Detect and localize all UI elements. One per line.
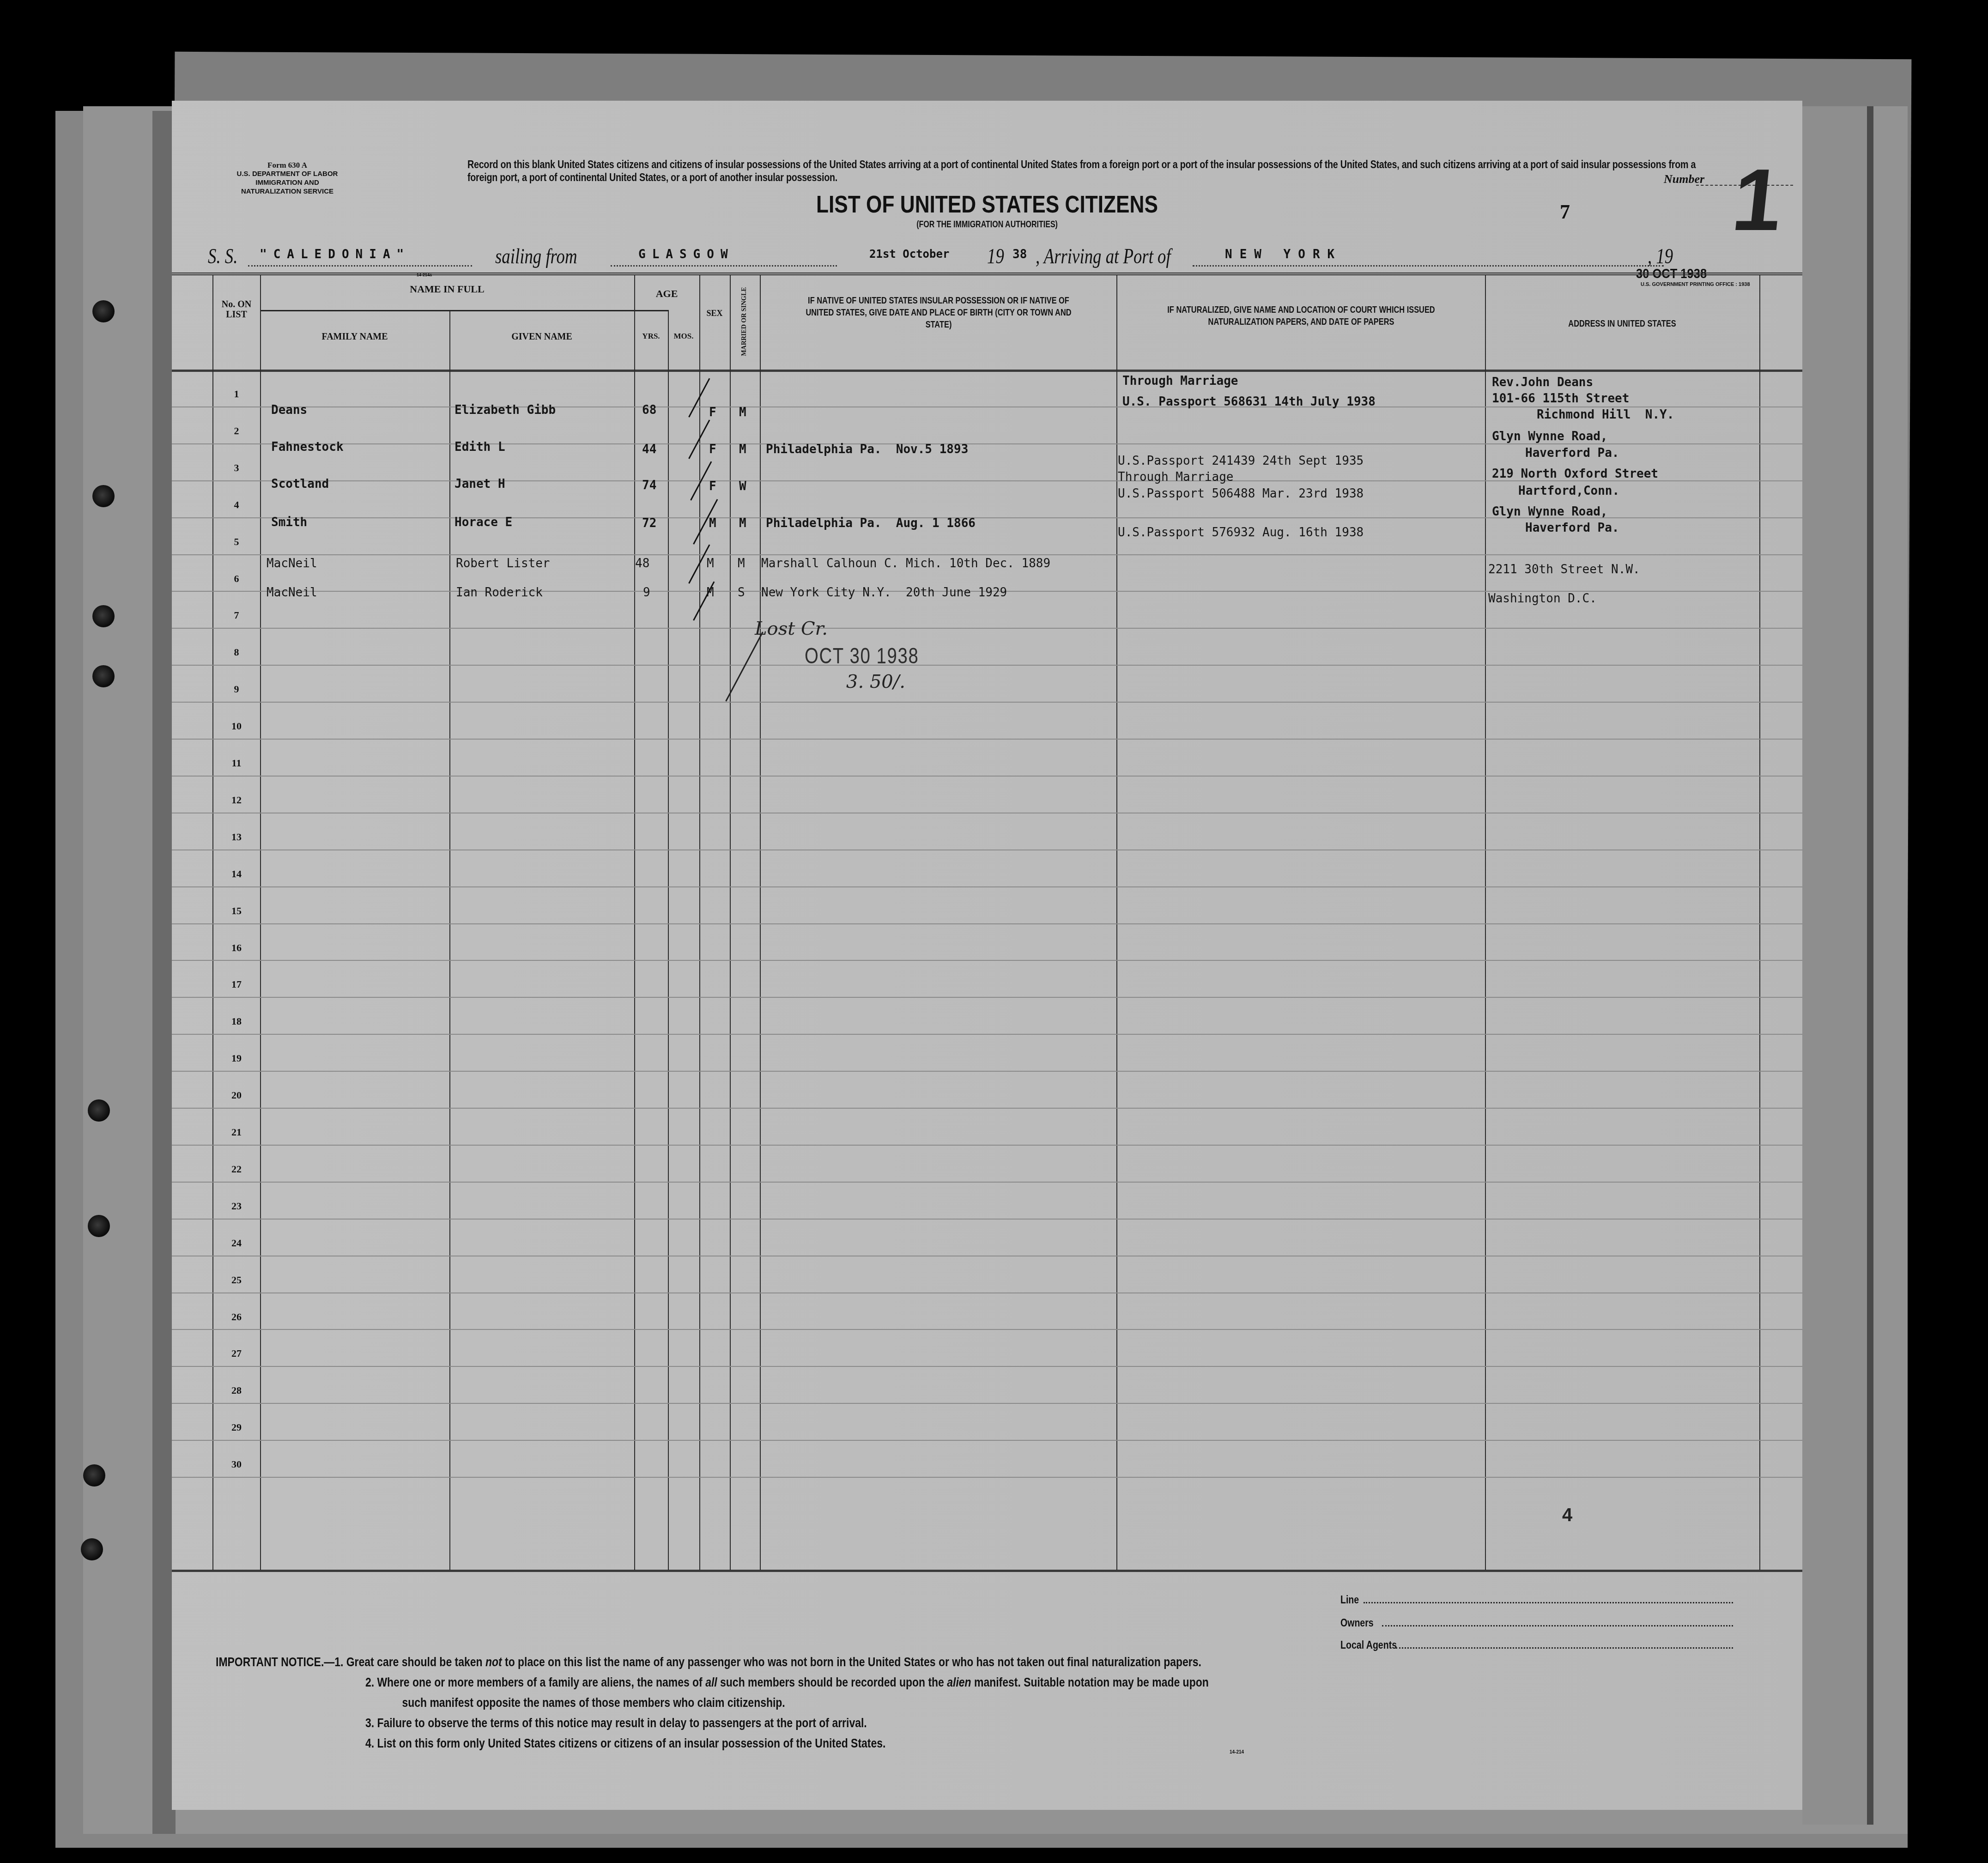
binder-hole xyxy=(88,1099,110,1122)
row4-family: Smith xyxy=(271,516,307,529)
row-number: 6 xyxy=(220,573,253,585)
col-rule xyxy=(260,274,261,1570)
row2-birth: Philadelphia Pa. Nov.5 1893 xyxy=(766,443,968,456)
row5-sex: M xyxy=(707,557,714,570)
row5-marital: M xyxy=(738,557,745,570)
col-rule xyxy=(1485,274,1486,1570)
form-code-bottom: 14-214 xyxy=(1230,1750,1244,1755)
name-age-subrule xyxy=(260,310,669,311)
check-mark xyxy=(693,581,715,620)
notice-item-2-cont: such manifest opposite the names of thos… xyxy=(216,1693,1209,1713)
voyage-line: S. S. "CALEDONIA" sailing from GLASGOW 2… xyxy=(172,244,1802,272)
row-number: 2 xyxy=(220,425,253,437)
owners-field[interactable] xyxy=(1382,1625,1733,1626)
notice-2-emph: all xyxy=(705,1675,717,1689)
row-number: 30 xyxy=(220,1458,253,1470)
row3-naturalized-1: Through Marriage xyxy=(1118,470,1233,484)
table-row-rule xyxy=(172,997,1802,998)
row6-address-1: Washington D.C. xyxy=(1488,592,1597,606)
row-number: 7 xyxy=(220,609,253,621)
row-number: 5 xyxy=(220,536,253,548)
notice-1-emph: not xyxy=(485,1655,502,1669)
row3-naturalized-2: U.S.Passport 506488 Mar. 23rd 1938 xyxy=(1118,487,1364,501)
row-number: 9 xyxy=(220,683,253,695)
row-number: 1 xyxy=(220,388,253,400)
port-from-rule xyxy=(611,265,837,267)
page-mark: 4 xyxy=(1562,1505,1572,1526)
notice-2a: 2. Where one or more members of a family… xyxy=(365,1675,703,1689)
row2-naturalized-1: U.S.Passport 241439 24th Sept 1935 xyxy=(1118,454,1364,468)
row4-sex: M xyxy=(709,516,716,530)
service-line-1: IMMIGRATION AND xyxy=(218,178,357,187)
table-row-rule xyxy=(172,628,1802,629)
handwritten-fee: 3. 50/. xyxy=(846,671,905,692)
row1-marital: M xyxy=(739,406,746,419)
row-number: 26 xyxy=(220,1311,253,1323)
header-married-or-single: MARRIED OR SINGLE xyxy=(741,280,748,363)
row-number: 24 xyxy=(220,1237,253,1249)
row-number: 8 xyxy=(220,646,253,658)
row-number: 27 xyxy=(220,1347,253,1359)
department: U.S. DEPARTMENT OF LABOR xyxy=(218,170,357,178)
table-row-rule xyxy=(172,739,1802,740)
ss-label: S. S. xyxy=(208,244,237,268)
table-bottom-rule xyxy=(172,1570,1802,1572)
table-row-rule xyxy=(172,960,1802,961)
row-number: 16 xyxy=(220,942,253,954)
line-label: Line xyxy=(1340,1594,1359,1606)
col-rule xyxy=(730,274,731,1570)
instructions-text: Record on this blank United States citiz… xyxy=(467,158,1702,184)
row-number: 11 xyxy=(220,757,253,769)
header-sex: SEX xyxy=(699,309,730,318)
row5-address-1: 2211 30th Street N.W. xyxy=(1488,563,1640,576)
row-number: 15 xyxy=(220,905,253,917)
ship-name: "CALEDONIA" xyxy=(260,248,410,261)
binder-hole xyxy=(92,485,115,507)
header-age: AGE xyxy=(634,288,699,300)
table-row-rule xyxy=(172,1219,1802,1220)
row-number: 19 xyxy=(220,1052,253,1064)
col-rule xyxy=(760,274,761,1570)
year-prefix: 19 xyxy=(987,244,1004,268)
row-number: 12 xyxy=(220,794,253,806)
col-rule xyxy=(449,311,450,1570)
row4-birth: Philadelphia Pa. Aug. 1 1866 xyxy=(766,516,976,530)
notice-item-3: 3. Failure to observe the terms of this … xyxy=(216,1713,1209,1733)
row1-yrs: 68 xyxy=(642,403,656,417)
notice-item-1: IMPORTANT NOTICE.—1. Great care should b… xyxy=(216,1652,1209,1672)
row4-address-2: Haverford Pa. xyxy=(1525,521,1619,535)
header-bottom-rule xyxy=(172,370,1802,372)
margin-mark: 7 xyxy=(1560,200,1570,224)
row-number: 10 xyxy=(220,720,253,732)
header-address: ADDRESS IN UNITED STATES xyxy=(1515,318,1729,330)
row6-yrs: 9 xyxy=(643,586,650,600)
col-rule xyxy=(634,274,635,1570)
row2-sex: F xyxy=(709,443,716,456)
table-row-rule xyxy=(172,1034,1802,1035)
row3-address-1: 219 North Oxford Street xyxy=(1492,467,1658,481)
table-row-rule xyxy=(172,776,1802,777)
local-agents-label: Local Agents xyxy=(1340,1639,1397,1651)
header-mos: MOS. xyxy=(668,332,699,341)
row2-given: Edith L xyxy=(455,440,505,454)
row5-family: MacNeil xyxy=(267,557,317,570)
col-rule xyxy=(1116,274,1117,1570)
header-naturalized: IF NATURALIZED, GIVE NAME AND LOCATION O… xyxy=(1159,304,1443,328)
binder-hole xyxy=(83,1464,105,1487)
port-from: GLASGOW xyxy=(638,248,734,261)
notice-2c: manifest. Suitable notation may be made … xyxy=(974,1675,1209,1689)
port-arrival-rule xyxy=(1193,265,1664,267)
table-row-rule xyxy=(172,886,1802,887)
row2-marital: M xyxy=(739,443,746,456)
row-number: 23 xyxy=(220,1200,253,1212)
header-name-in-full: NAME IN FULL xyxy=(260,283,634,295)
notice-heading: IMPORTANT NOTICE.—1. xyxy=(216,1655,343,1669)
row1-address-3: Richmond Hill N.Y. xyxy=(1537,408,1674,422)
table-row-rule xyxy=(172,813,1802,813)
col-rule xyxy=(668,311,669,1570)
table-row-rule xyxy=(172,1256,1802,1256)
table-row-rule xyxy=(172,1145,1802,1146)
col-rule xyxy=(1759,274,1760,1570)
table-row-rule xyxy=(172,1108,1802,1109)
binder-hole xyxy=(81,1538,103,1560)
row-number: 25 xyxy=(220,1274,253,1286)
page-subtitle: (FOR THE IMMIGRATION AUTHORITIES) xyxy=(335,219,1639,230)
row5-yrs: 48 xyxy=(635,557,649,570)
table-row-rule xyxy=(172,850,1802,850)
row-number: 29 xyxy=(220,1421,253,1433)
row2-family: Fahnestock xyxy=(271,440,344,454)
table-row-rule xyxy=(172,407,1802,407)
row6-marital: S xyxy=(738,586,745,600)
table-row-rule xyxy=(172,1440,1802,1441)
row3-sex: F xyxy=(709,479,716,493)
row2-address-1: Glyn Wynne Road, xyxy=(1492,430,1607,443)
table-row-rule xyxy=(172,443,1802,444)
row-number: 17 xyxy=(220,978,253,990)
form-code-top: 14-214a xyxy=(417,273,432,277)
row3-address-2: Hartford,Conn. xyxy=(1518,484,1619,498)
row-number: 13 xyxy=(220,831,253,843)
owners-label: Owners xyxy=(1340,1617,1374,1629)
notice-1b: to place on this list the name of any pa… xyxy=(505,1655,1201,1669)
page-title: LIST OF UNITED STATES CITIZENS xyxy=(294,191,1680,218)
row1-naturalized-1: Through Marriage xyxy=(1122,374,1238,388)
arriving-label: , Arriving at Port of xyxy=(1036,244,1171,268)
row6-family: MacNeil xyxy=(267,586,317,600)
binder-hole xyxy=(88,1215,110,1237)
binder-hole xyxy=(92,665,115,687)
row3-yrs: 74 xyxy=(642,479,656,492)
col-rule xyxy=(699,274,700,1570)
table-row-rule xyxy=(172,1293,1802,1293)
binder-hole xyxy=(92,605,115,627)
row-number: 14 xyxy=(220,868,253,880)
pen-stroke xyxy=(725,631,763,702)
local-agents-field[interactable] xyxy=(1396,1647,1733,1649)
row5-given: Robert Lister xyxy=(456,557,550,570)
col-rule xyxy=(212,274,213,1570)
port-arrival: NEW YORK xyxy=(1225,248,1342,261)
row2-address-2: Haverford Pa. xyxy=(1525,446,1619,460)
row-number: 18 xyxy=(220,1015,253,1027)
table-row-rule xyxy=(172,554,1802,555)
header-no-on-list: No. ON LIST xyxy=(214,299,259,320)
table-row-rule xyxy=(172,1182,1802,1183)
manifest-sheet: Form 630 A U.S. DEPARTMENT OF LABOR IMMI… xyxy=(172,101,1802,1810)
printing-office: U.S. GOVERNMENT PRINTING OFFICE : 1938 xyxy=(1641,282,1750,287)
row1-address-1: Rev.John Deans xyxy=(1492,376,1593,389)
notice-item-4: 4. List on this form only United States … xyxy=(216,1733,1209,1754)
notice-1a: Great care should be taken xyxy=(346,1655,483,1669)
table-row-rule xyxy=(172,1477,1802,1478)
inspection-stamp: OCT 30 1938 xyxy=(805,643,919,669)
sailing-from-label: sailing from xyxy=(495,244,577,268)
number-label: Number xyxy=(1664,172,1704,186)
row1-sex: F xyxy=(709,406,716,419)
table-row-rule xyxy=(172,702,1802,703)
important-notice: IMPORTANT NOTICE.—1. Great care should b… xyxy=(216,1652,1209,1754)
row-number: 22 xyxy=(220,1163,253,1175)
binder-hole xyxy=(92,300,115,322)
table-row-rule xyxy=(172,1403,1802,1404)
header-family-name: FAMILY NAME xyxy=(260,332,449,342)
row3-family: Scotland xyxy=(271,477,329,491)
row4-marital: M xyxy=(739,516,746,530)
year-suffix: 38 xyxy=(1012,248,1027,261)
arrival-year-prefix: , 19 xyxy=(1648,244,1673,268)
page-right-edge xyxy=(1802,106,1873,1825)
header-given-name: GIVEN NAME xyxy=(449,332,634,342)
table-row-rule xyxy=(172,923,1802,924)
row-number: 20 xyxy=(220,1089,253,1101)
table-row-rule xyxy=(172,1366,1802,1367)
row-number: 3 xyxy=(220,462,253,474)
notice-2-alien: alien xyxy=(947,1675,971,1689)
row4-given: Horace E xyxy=(455,516,512,529)
row3-given: Janet H xyxy=(455,477,505,491)
notice-2b: such members should be recorded upon the xyxy=(720,1675,944,1689)
row-number: 28 xyxy=(220,1384,253,1396)
row1-family: Deans xyxy=(271,403,307,417)
row6-birth: New York City N.Y. 20th June 1929 xyxy=(761,586,1007,600)
table-row-rule xyxy=(172,1071,1802,1072)
row-number: 21 xyxy=(220,1126,253,1138)
table-row-rule xyxy=(172,665,1802,666)
header-native: IF NATIVE OF UNITED STATES INSULAR POSSE… xyxy=(798,295,1079,331)
table-row-rule xyxy=(172,1329,1802,1330)
row1-address-2: 101-66 115th Street xyxy=(1492,392,1629,406)
header-yrs: YRS. xyxy=(634,332,668,341)
line-field[interactable] xyxy=(1364,1602,1733,1603)
row4-naturalized-1: U.S.Passport 576932 Aug. 16th 1938 xyxy=(1118,526,1364,540)
row6-given: Ian Roderick xyxy=(456,586,543,600)
handwritten-note: Lost Cr. xyxy=(755,618,828,639)
row5-birth: Marshall Calhoun C. Mich. 10th Dec. 1889 xyxy=(761,557,1050,570)
row-number: 4 xyxy=(220,499,253,511)
notice-item-2: 2. Where one or more members of a family… xyxy=(216,1672,1209,1693)
list-number: 1 xyxy=(1728,156,1787,244)
row2-yrs: 44 xyxy=(642,443,656,456)
row3-marital: W xyxy=(739,479,746,493)
sail-date: 21st October xyxy=(869,248,949,261)
form-number: Form 630 A xyxy=(218,161,357,170)
row1-naturalized-2: U.S. Passport 568631 14th July 1938 xyxy=(1122,395,1376,409)
row4-address-1: Glyn Wynne Road, xyxy=(1492,505,1607,519)
row4-yrs: 72 xyxy=(642,516,656,530)
row1-given: Elizabeth Gibb xyxy=(455,403,556,417)
ship-rule xyxy=(248,265,472,267)
